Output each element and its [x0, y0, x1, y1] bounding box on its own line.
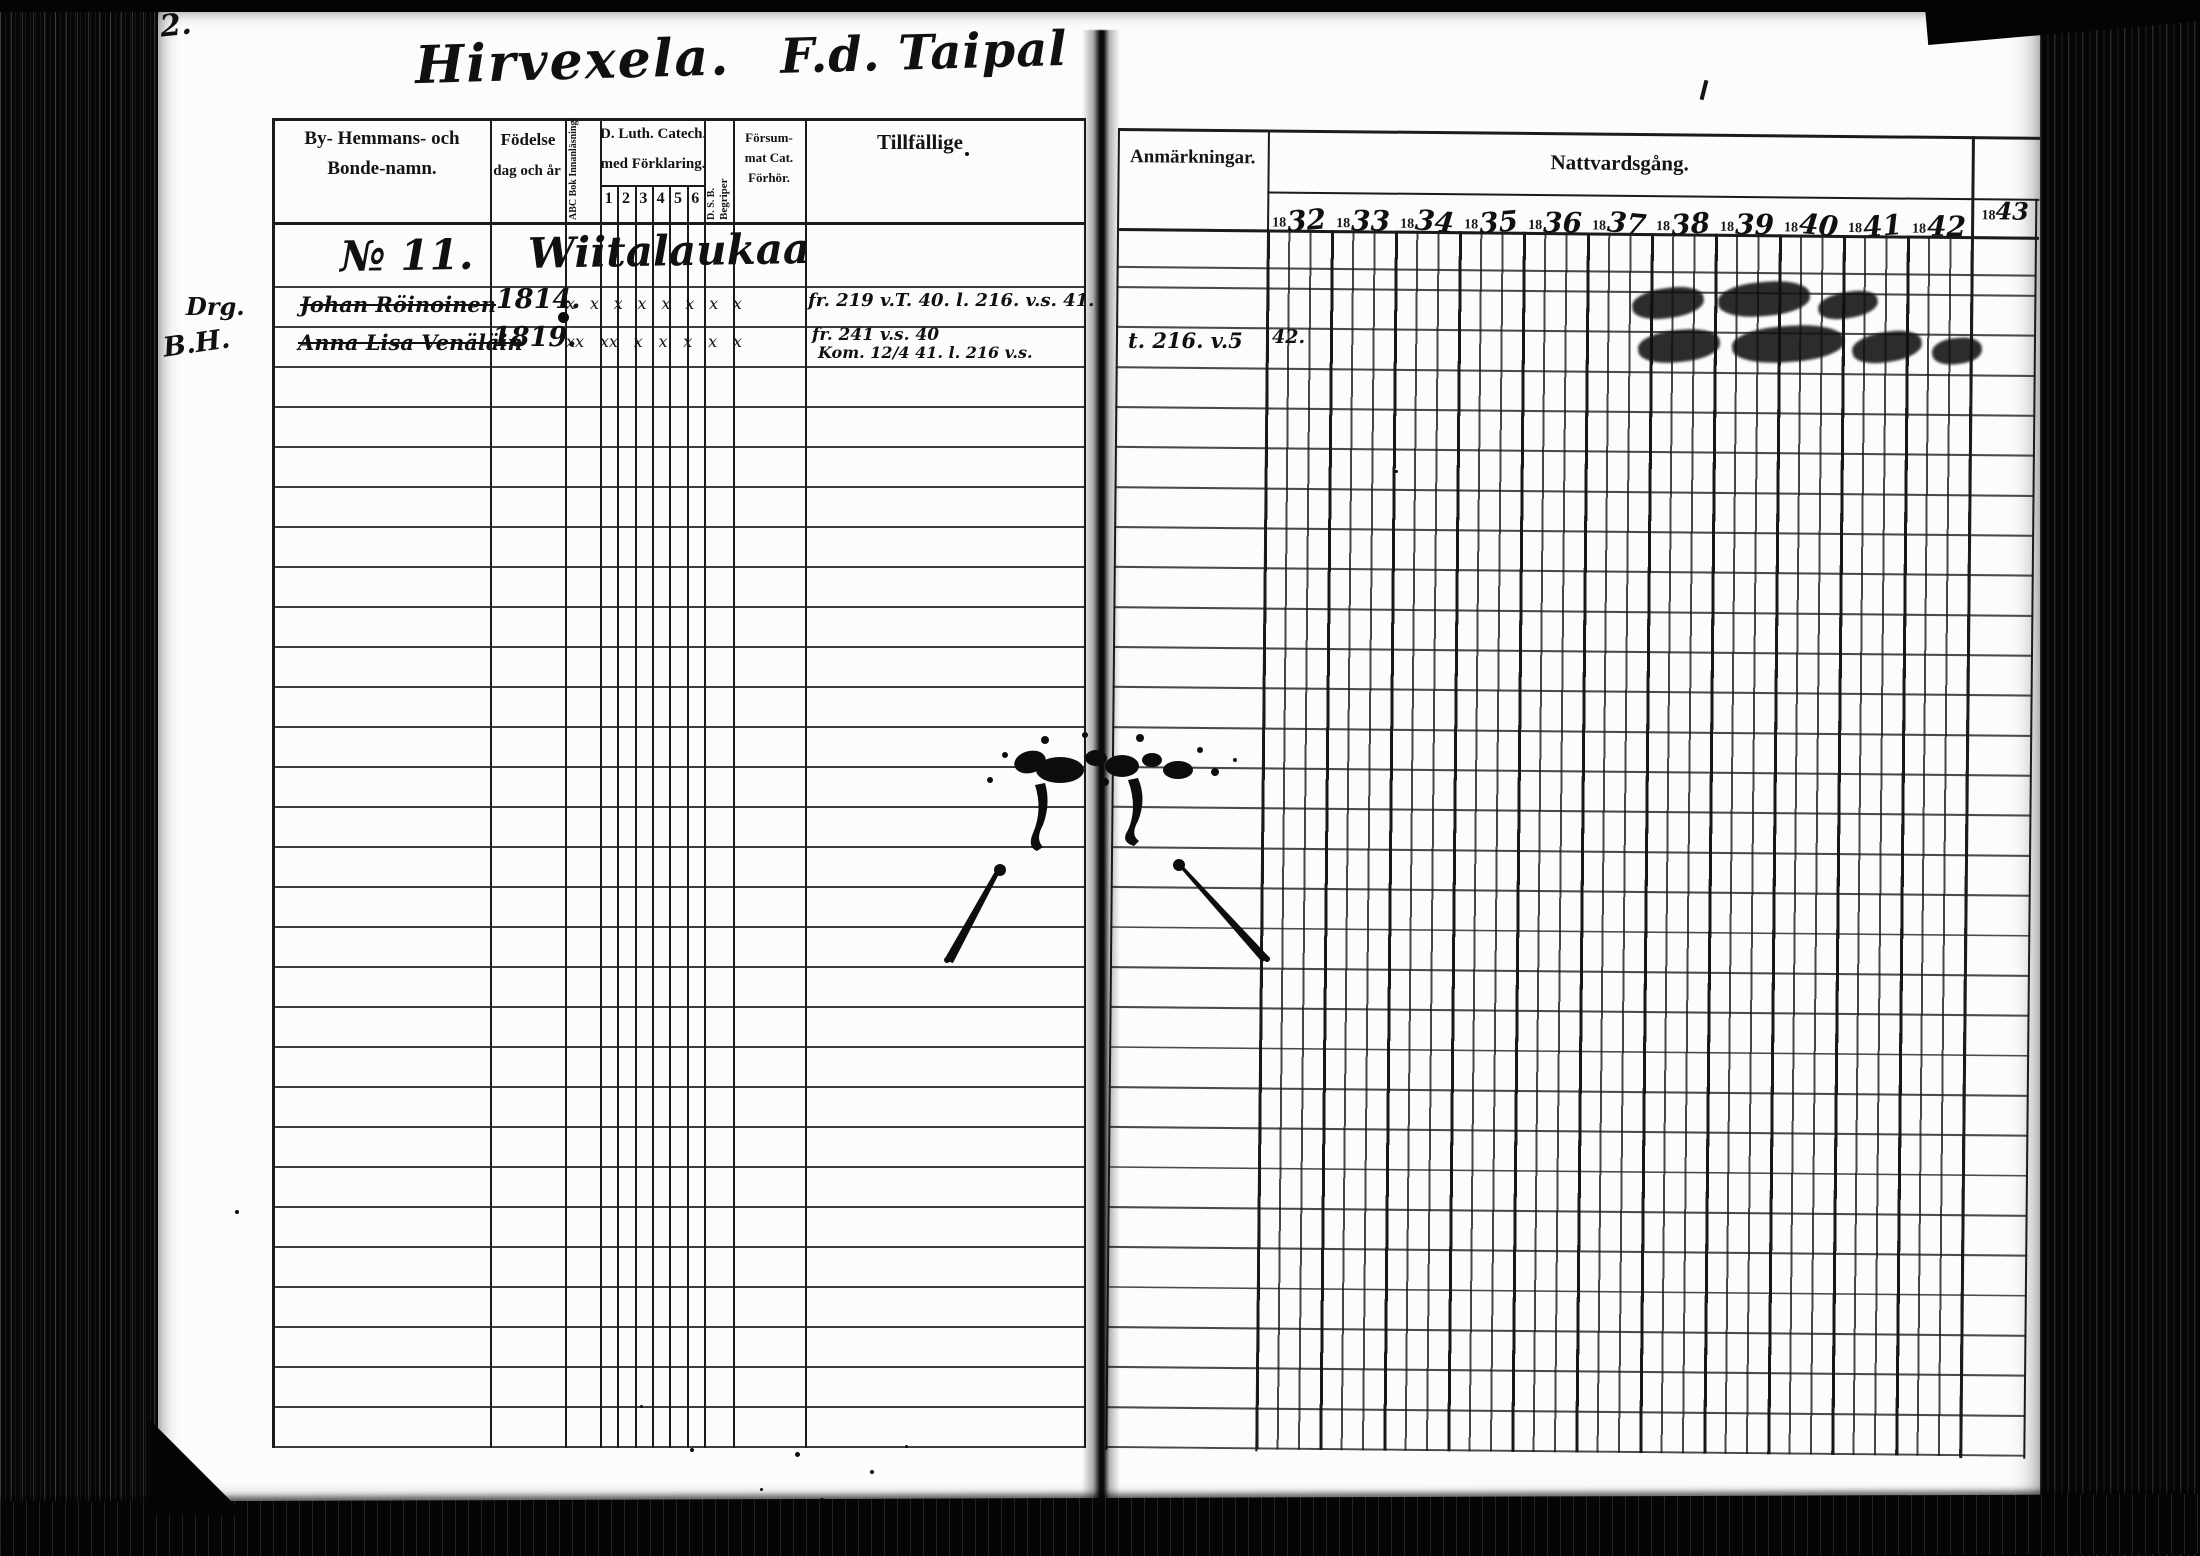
col-header-catech-line2: med Förklaring.: [600, 156, 706, 173]
catech-column-numbers: 123456: [600, 190, 704, 208]
year-label: 1834: [1395, 189, 1459, 234]
attendance-mark: x: [683, 332, 692, 351]
dust-speck: [870, 1470, 874, 1474]
col-header-name-line1: By- Hemmans- och: [282, 128, 482, 150]
header-bottom-line: [272, 222, 1086, 225]
dust-speck: [1395, 470, 1398, 473]
dust-speck: [965, 152, 969, 156]
year-label: 1835: [1459, 189, 1523, 234]
year-label: 1839: [1715, 192, 1779, 237]
title-suffix: F.d. Taipal: [779, 21, 1068, 85]
catech-col-number: 3: [635, 190, 652, 208]
row-anmarkning: t. 216. v.5: [1128, 328, 1243, 353]
dust-speck: [760, 1488, 763, 1491]
col-header-birth-line1: Födelse: [492, 130, 564, 150]
year-label: 1836: [1523, 190, 1587, 235]
table-top-border: [272, 118, 1086, 121]
attendance-mark: x: [661, 294, 670, 313]
col-header-name-line2: Bonde-namn.: [282, 158, 482, 180]
attendance-mark: x: [685, 294, 694, 313]
col-header-catech-line1: D. Luth. Catech.: [600, 126, 706, 143]
col-header-forsummat-line3: Förhör.: [735, 170, 803, 186]
section-name: Wiitalaukaa: [528, 224, 811, 278]
attendance-mark: x: [658, 332, 667, 351]
scanned-ledger-page: 2. Hirvexela. F.d. Taipal By- Hemmans- o…: [0, 0, 2200, 1556]
film-border-bottom: [0, 1494, 2200, 1556]
year-label-last: 1843: [1975, 200, 2035, 225]
attendance-mark: x: [638, 294, 647, 313]
attendance-mark: xx: [566, 332, 584, 351]
dust-speck: [235, 1210, 239, 1214]
row-tillfallige-line2: Kom. 12/4 41. l. 216 v.s.: [818, 343, 1033, 362]
section-number: № 11.: [340, 230, 474, 281]
section-heading: № 11. Wiitalaukaa: [340, 224, 811, 281]
dust-speck: [640, 1405, 643, 1408]
film-border-left: [0, 0, 158, 1556]
col-header-forsummat-line1: Försum-: [735, 130, 803, 146]
ink-blot: [900, 700, 1320, 1020]
col-header-tillfallige: Tillfällige: [805, 130, 1035, 155]
catech-col-number: 6: [687, 190, 704, 208]
col-header-begriper-vertical: Begriper: [718, 124, 730, 220]
attendance-mark: x: [733, 294, 742, 313]
row-anmarkning-grid-note: 42.: [1272, 326, 1305, 348]
catech-col-number: 4: [652, 190, 669, 208]
attendance-mark: x: [590, 294, 599, 313]
col-header-abc-vertical: ABC Bok Innanläsning.: [568, 120, 579, 220]
col-header-birth-line2: dag och år: [488, 163, 566, 180]
col-header-dsb-vertical: D. S. B.: [706, 124, 717, 220]
communion-grid: [1255, 229, 1973, 1456]
dust-speck: [690, 1448, 694, 1452]
catechism-marks: xxxxxxxx: [566, 294, 742, 313]
attendance-mark: x: [733, 332, 742, 351]
year-label: 1840: [1779, 192, 1843, 237]
attendance-mark: xx: [600, 332, 618, 351]
row-margin-label: Drg.: [186, 292, 245, 321]
catech-col-number: 5: [669, 190, 686, 208]
col-header-forsummat-line2: mat Cat.: [735, 150, 803, 166]
year-header-row: 1832183318341835183618371838183918401841…: [1267, 187, 1971, 238]
catechism-marks: xxxxxxxxx: [566, 332, 742, 351]
col-header-anmarkningar: Anmärkningar.: [1118, 146, 1268, 169]
row-name: Johan Röinoinen: [300, 292, 485, 317]
row-name: Anna Lisa Venäläin: [298, 330, 488, 355]
year-label: 1841: [1843, 193, 1907, 238]
page-number: 2.: [158, 6, 193, 44]
year-label: 1837: [1587, 191, 1651, 236]
title-place: Hirvexela.: [414, 26, 731, 96]
film-border-right: [2040, 0, 2200, 1556]
row-tillfallige-line1: fr. 241 v.s. 40: [812, 325, 939, 345]
year-label: 1842: [1907, 194, 1971, 239]
attendance-mark: x: [709, 294, 718, 313]
year-label: 1838: [1651, 191, 1715, 236]
attendance-mark: x: [614, 294, 623, 313]
year-label: 1833: [1331, 188, 1395, 233]
row-tillfallige: fr. 219 v.T. 40. l. 216. v.s. 41.: [808, 290, 1094, 311]
catech-col-number: 1: [600, 190, 617, 208]
year-label: 1832: [1267, 187, 1331, 232]
attendance-mark: x: [634, 332, 643, 351]
attendance-mark: x: [566, 294, 575, 313]
col-header-nattvardsgang: Nattvardsgång.: [1268, 147, 1972, 179]
attendance-mark: x: [708, 332, 717, 351]
row-birth: 1819.: [492, 322, 577, 353]
catech-col-number: 2: [617, 190, 634, 208]
dust-speck: [795, 1452, 800, 1457]
film-border-top: [0, 0, 2200, 12]
ink-dot: [558, 312, 569, 323]
dust-speck: [905, 1445, 908, 1448]
